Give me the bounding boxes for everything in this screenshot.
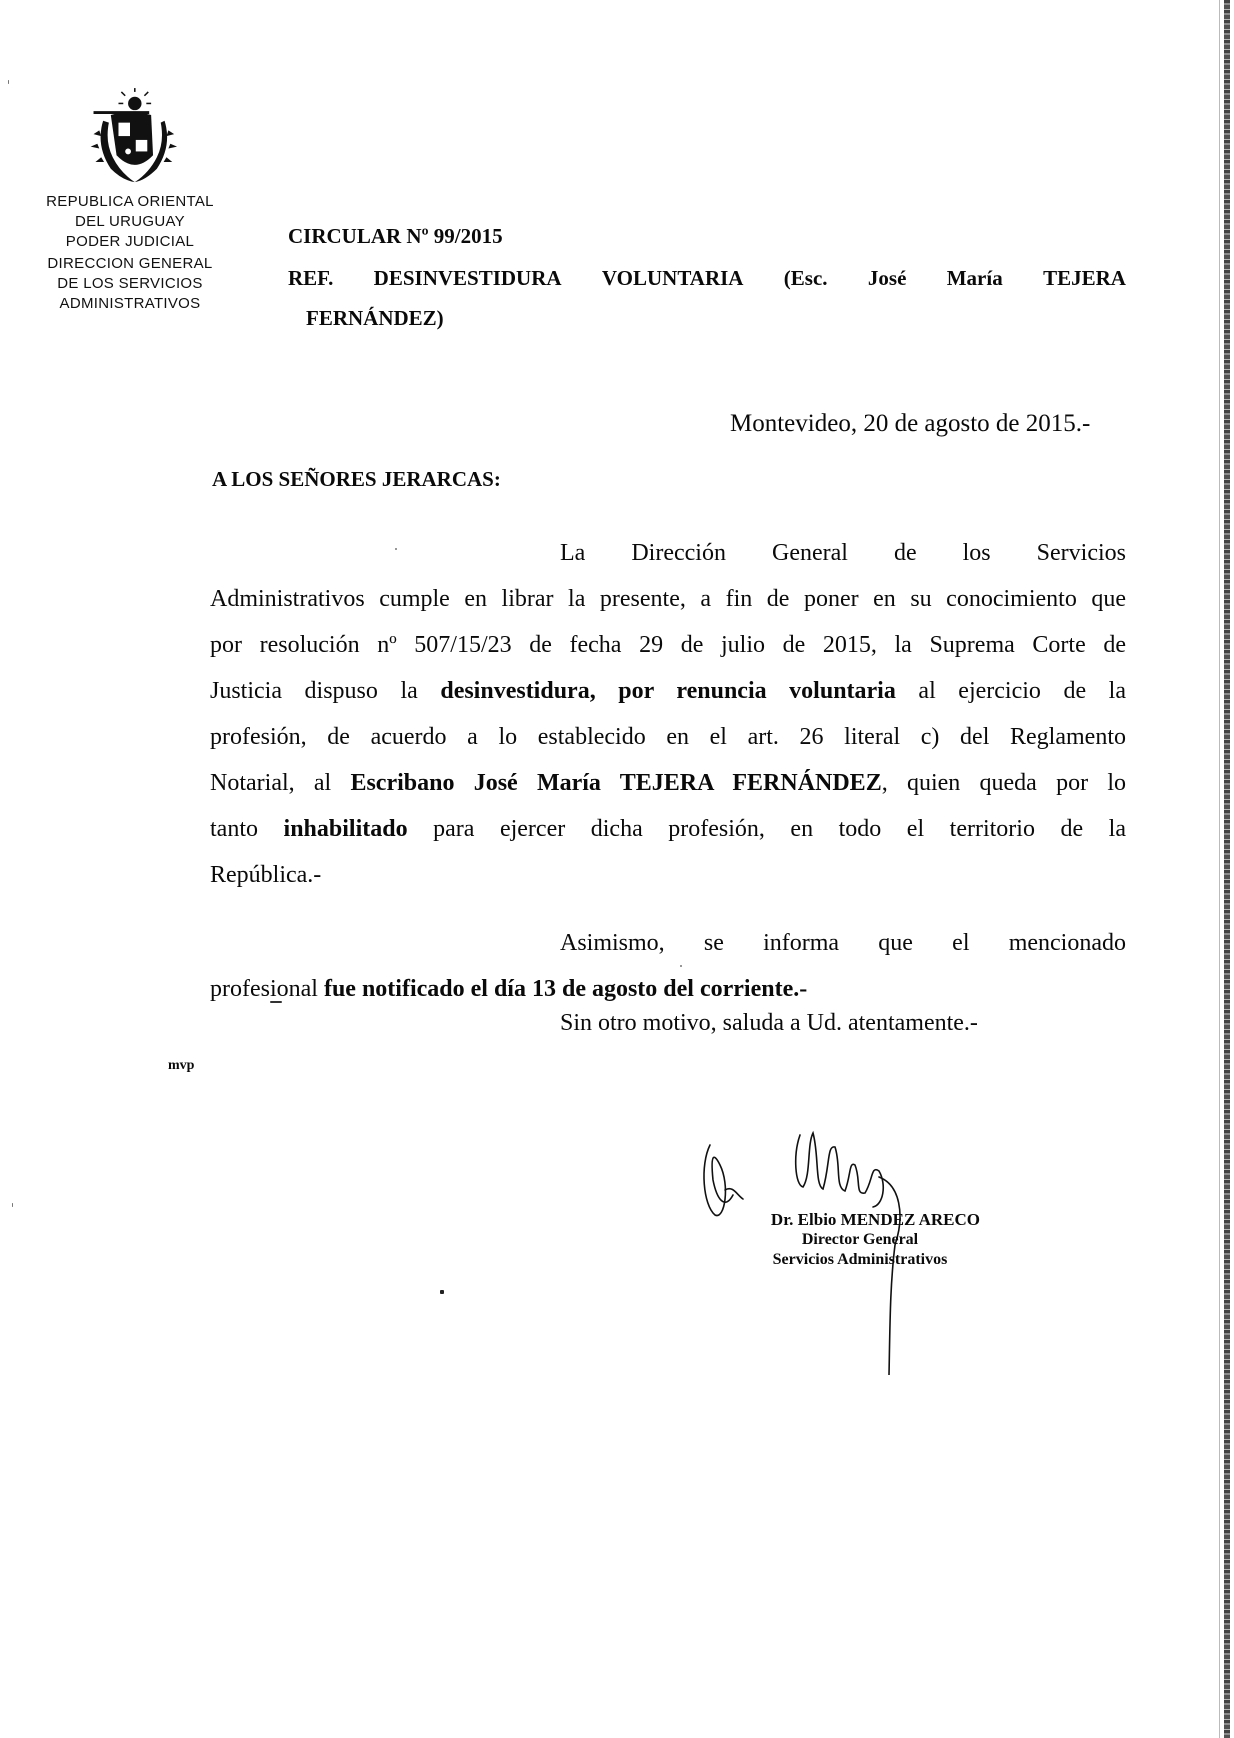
scan-edge-shadow <box>1224 0 1230 1738</box>
scan-speck <box>270 1001 282 1003</box>
body-line: profesión, de acuerdo a lo establecido e… <box>210 714 1126 760</box>
reference-continuation: FERNÁNDEZ) <box>306 306 444 331</box>
signatory-name: Dr. Elbio MENDEZ ARECO <box>720 1210 980 1230</box>
body-line: profesional fue notificado el día 13 de … <box>210 966 1126 1012</box>
reference-word: REF. <box>288 266 333 291</box>
letter-date: Montevideo, 20 de agosto de 2015.- <box>730 410 1090 438</box>
reference-word: TEJERA <box>1043 266 1126 291</box>
body-text: por resolución nº 507/15/23 de fecha 29 … <box>210 632 1126 658</box>
body-text: Notarial, al <box>210 770 350 796</box>
signatory-title: Director General <box>740 1230 980 1250</box>
signatory-block: Dr. Elbio MENDEZ ARECO Director General … <box>740 1210 980 1270</box>
reference-word: María <box>947 266 1003 291</box>
closing-line: Sin otro motivo, saluda a Ud. atentament… <box>560 1010 978 1037</box>
reference-word: VOLUNTARIA <box>602 266 744 291</box>
body-line: tanto inhabilitado para ejercer dicha pr… <box>210 806 1126 852</box>
body-text: profesional <box>210 976 324 1002</box>
letterhead-line: PODER JUDICIAL <box>30 232 230 252</box>
letterhead-line: DIRECCION GENERAL <box>30 254 230 274</box>
scan-speck <box>440 1290 444 1294</box>
body-text: tanto <box>210 816 284 842</box>
letterhead-line: DE LOS SERVICIOS <box>30 274 230 294</box>
body-text: para ejercer dicha profesión, en todo el… <box>408 816 1126 842</box>
typist-initials: mvp <box>168 1058 194 1074</box>
body-text: al ejercicio de la <box>896 678 1126 704</box>
body-line: La Dirección General de los Servicios <box>210 530 1126 576</box>
emphasized-text: inhabilitado <box>284 816 408 842</box>
body-text: Asimismo, se informa que el mencionado <box>560 930 1126 956</box>
body-line: Administrativos cumple en librar la pres… <box>210 576 1126 622</box>
reference-word: José <box>868 266 907 291</box>
circular-number: CIRCULAR Nº 99/2015 <box>288 224 503 249</box>
body-text: Administrativos cumple en librar la pres… <box>210 586 1126 612</box>
body-text: , quien queda por lo <box>882 770 1126 796</box>
coat-of-arms-uruguay-icon <box>82 88 178 188</box>
body-text: profesión, de acuerdo a lo establecido e… <box>210 724 1126 750</box>
scan-speck <box>680 965 682 967</box>
scan-speck <box>395 548 397 550</box>
reference-word: (Esc. <box>784 266 828 291</box>
letterhead-line: DEL URUGUAY <box>30 212 230 232</box>
letterhead-line: REPUBLICA ORIENTAL <box>30 192 230 212</box>
body-line: República.- <box>210 852 1126 898</box>
emphasized-text: fue notificado el día 13 de agosto del c… <box>324 976 807 1002</box>
body-line: Justicia dispuso la desinvestidura, por … <box>210 668 1126 714</box>
body-text: La Dirección General de los Servicios <box>560 540 1126 566</box>
body-line: por resolución nº 507/15/23 de fecha 29 … <box>210 622 1126 668</box>
body-text: Justicia dispuso la <box>210 678 440 704</box>
reference-line: REF.DESINVESTIDURAVOLUNTARIA(Esc.JoséMar… <box>288 266 1126 291</box>
signatory-office: Servicios Administrativos <box>740 1250 980 1270</box>
emphasized-text: Escribano José María TEJERA FERNÁNDEZ <box>350 770 881 796</box>
scan-speck <box>12 1203 13 1207</box>
body-paragraph-2: Asimismo, se informa que el mencionadopr… <box>210 920 1126 1012</box>
salutation: A LOS SEÑORES JERARCAS: <box>212 467 501 492</box>
body-text: República.- <box>210 862 321 888</box>
reference-word: DESINVESTIDURA <box>374 266 562 291</box>
body-line: Notarial, al Escribano José María TEJERA… <box>210 760 1126 806</box>
letterhead: REPUBLICA ORIENTAL DEL URUGUAY PODER JUD… <box>30 88 230 314</box>
body-line: Asimismo, se informa que el mencionado <box>210 920 1126 966</box>
letterhead-line: ADMINISTRATIVOS <box>30 294 230 314</box>
scan-speck <box>8 80 9 84</box>
body-paragraph-1: La Dirección General de los ServiciosAdm… <box>210 530 1126 898</box>
scan-edge-line <box>1219 0 1220 1738</box>
emphasized-text: desinvestidura, por renuncia voluntaria <box>440 678 896 704</box>
